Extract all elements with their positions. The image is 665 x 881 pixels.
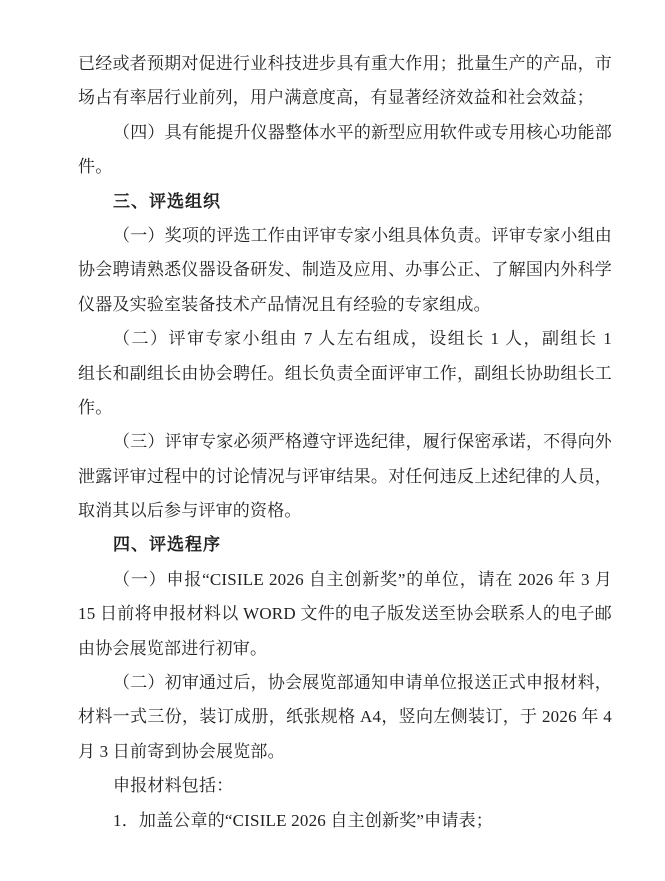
document-body: 已经或者预期对促进行业科技进步具有重大作用；批量生产的产品，市场占有率居行业前列… — [78, 47, 612, 838]
text-line: （一）奖项的评选工作由评审专家小组具体负责。评审专家小组由 — [78, 219, 612, 253]
paragraph: 1．加盖公章的“CISILE 2026 自主创新奖”申请表； — [78, 804, 612, 838]
text-line: 协会聘请熟悉仪器设备研发、制造及应用、办事公正、了解国内外科学 — [78, 253, 612, 287]
text-line: 申报材料包括： — [78, 769, 612, 803]
text-line: 由协会展览部进行初审。 — [78, 632, 612, 666]
paragraph: （一）申报“CISILE 2026 自主创新奖”的单位，请在 2026 年 3 … — [78, 563, 612, 666]
text-line: 材料一式三份，装订成册，纸张规格 A4，竖向左侧装订，于 2026 年 4 — [78, 700, 612, 734]
paragraph: （一）奖项的评选工作由评审专家小组具体负责。评审专家小组由协会聘请熟悉仪器设备研… — [78, 219, 612, 322]
text-line: 1．加盖公章的“CISILE 2026 自主创新奖”申请表； — [78, 804, 612, 838]
document-page: 已经或者预期对促进行业科技进步具有重大作用；批量生产的产品，市场占有率居行业前列… — [0, 0, 665, 881]
section-heading: 四、评选程序 — [78, 528, 612, 562]
paragraph: （二）评审专家小组由 7 人左右组成，设组长 1 人，副组长 1 人。组长和副组… — [78, 322, 612, 425]
paragraph: （四）具有能提升仪器整体水平的新型应用软件或专用核心功能部件。 — [78, 116, 612, 185]
text-line: 组长和副组长由协会聘任。组长负责全面评审工作，副组长协助组长工 — [78, 357, 612, 391]
text-line: 月 3 日前寄到协会展览部。 — [78, 735, 612, 769]
text-line: 15 日前将申报材料以 WORD 文件的电子版发送至协会联系人的电子邮箱， — [78, 597, 612, 631]
text-line: 四、评选程序 — [78, 528, 612, 562]
text-line: 件。 — [78, 150, 612, 184]
text-line: 仪器及实验室装备技术产品情况且有经验的专家组成。 — [78, 288, 612, 322]
text-line: 场占有率居行业前列，用户满意度高，有显著经济效益和社会效益； — [78, 81, 612, 115]
text-line: （四）具有能提升仪器整体水平的新型应用软件或专用核心功能部 — [78, 116, 612, 150]
text-line: 已经或者预期对促进行业科技进步具有重大作用；批量生产的产品，市 — [78, 47, 612, 81]
text-line: 作。 — [78, 391, 612, 425]
paragraph: （三）评审专家必须严格遵守评选纪律，履行保密承诺，不得向外泄露评审过程中的讨论情… — [78, 425, 612, 528]
paragraph: 申报材料包括： — [78, 769, 612, 803]
text-line: （二）评审专家小组由 7 人左右组成，设组长 1 人，副组长 1 人。 — [78, 322, 612, 356]
paragraph: 已经或者预期对促进行业科技进步具有重大作用；批量生产的产品，市场占有率居行业前列… — [78, 47, 612, 116]
paragraph: （二）初审通过后，协会展览部通知申请单位报送正式申报材料，材料一式三份，装订成册… — [78, 666, 612, 769]
text-line: 三、评选组织 — [78, 185, 612, 219]
text-line: 取消其以后参与评审的资格。 — [78, 494, 612, 528]
text-line: （三）评审专家必须严格遵守评选纪律，履行保密承诺，不得向外 — [78, 425, 612, 459]
text-line: 泄露评审过程中的讨论情况与评审结果。对任何违反上述纪律的人员， — [78, 460, 612, 494]
section-heading: 三、评选组织 — [78, 185, 612, 219]
text-line: （二）初审通过后，协会展览部通知申请单位报送正式申报材料， — [78, 666, 612, 700]
text-line: （一）申报“CISILE 2026 自主创新奖”的单位，请在 2026 年 3 … — [78, 563, 612, 597]
